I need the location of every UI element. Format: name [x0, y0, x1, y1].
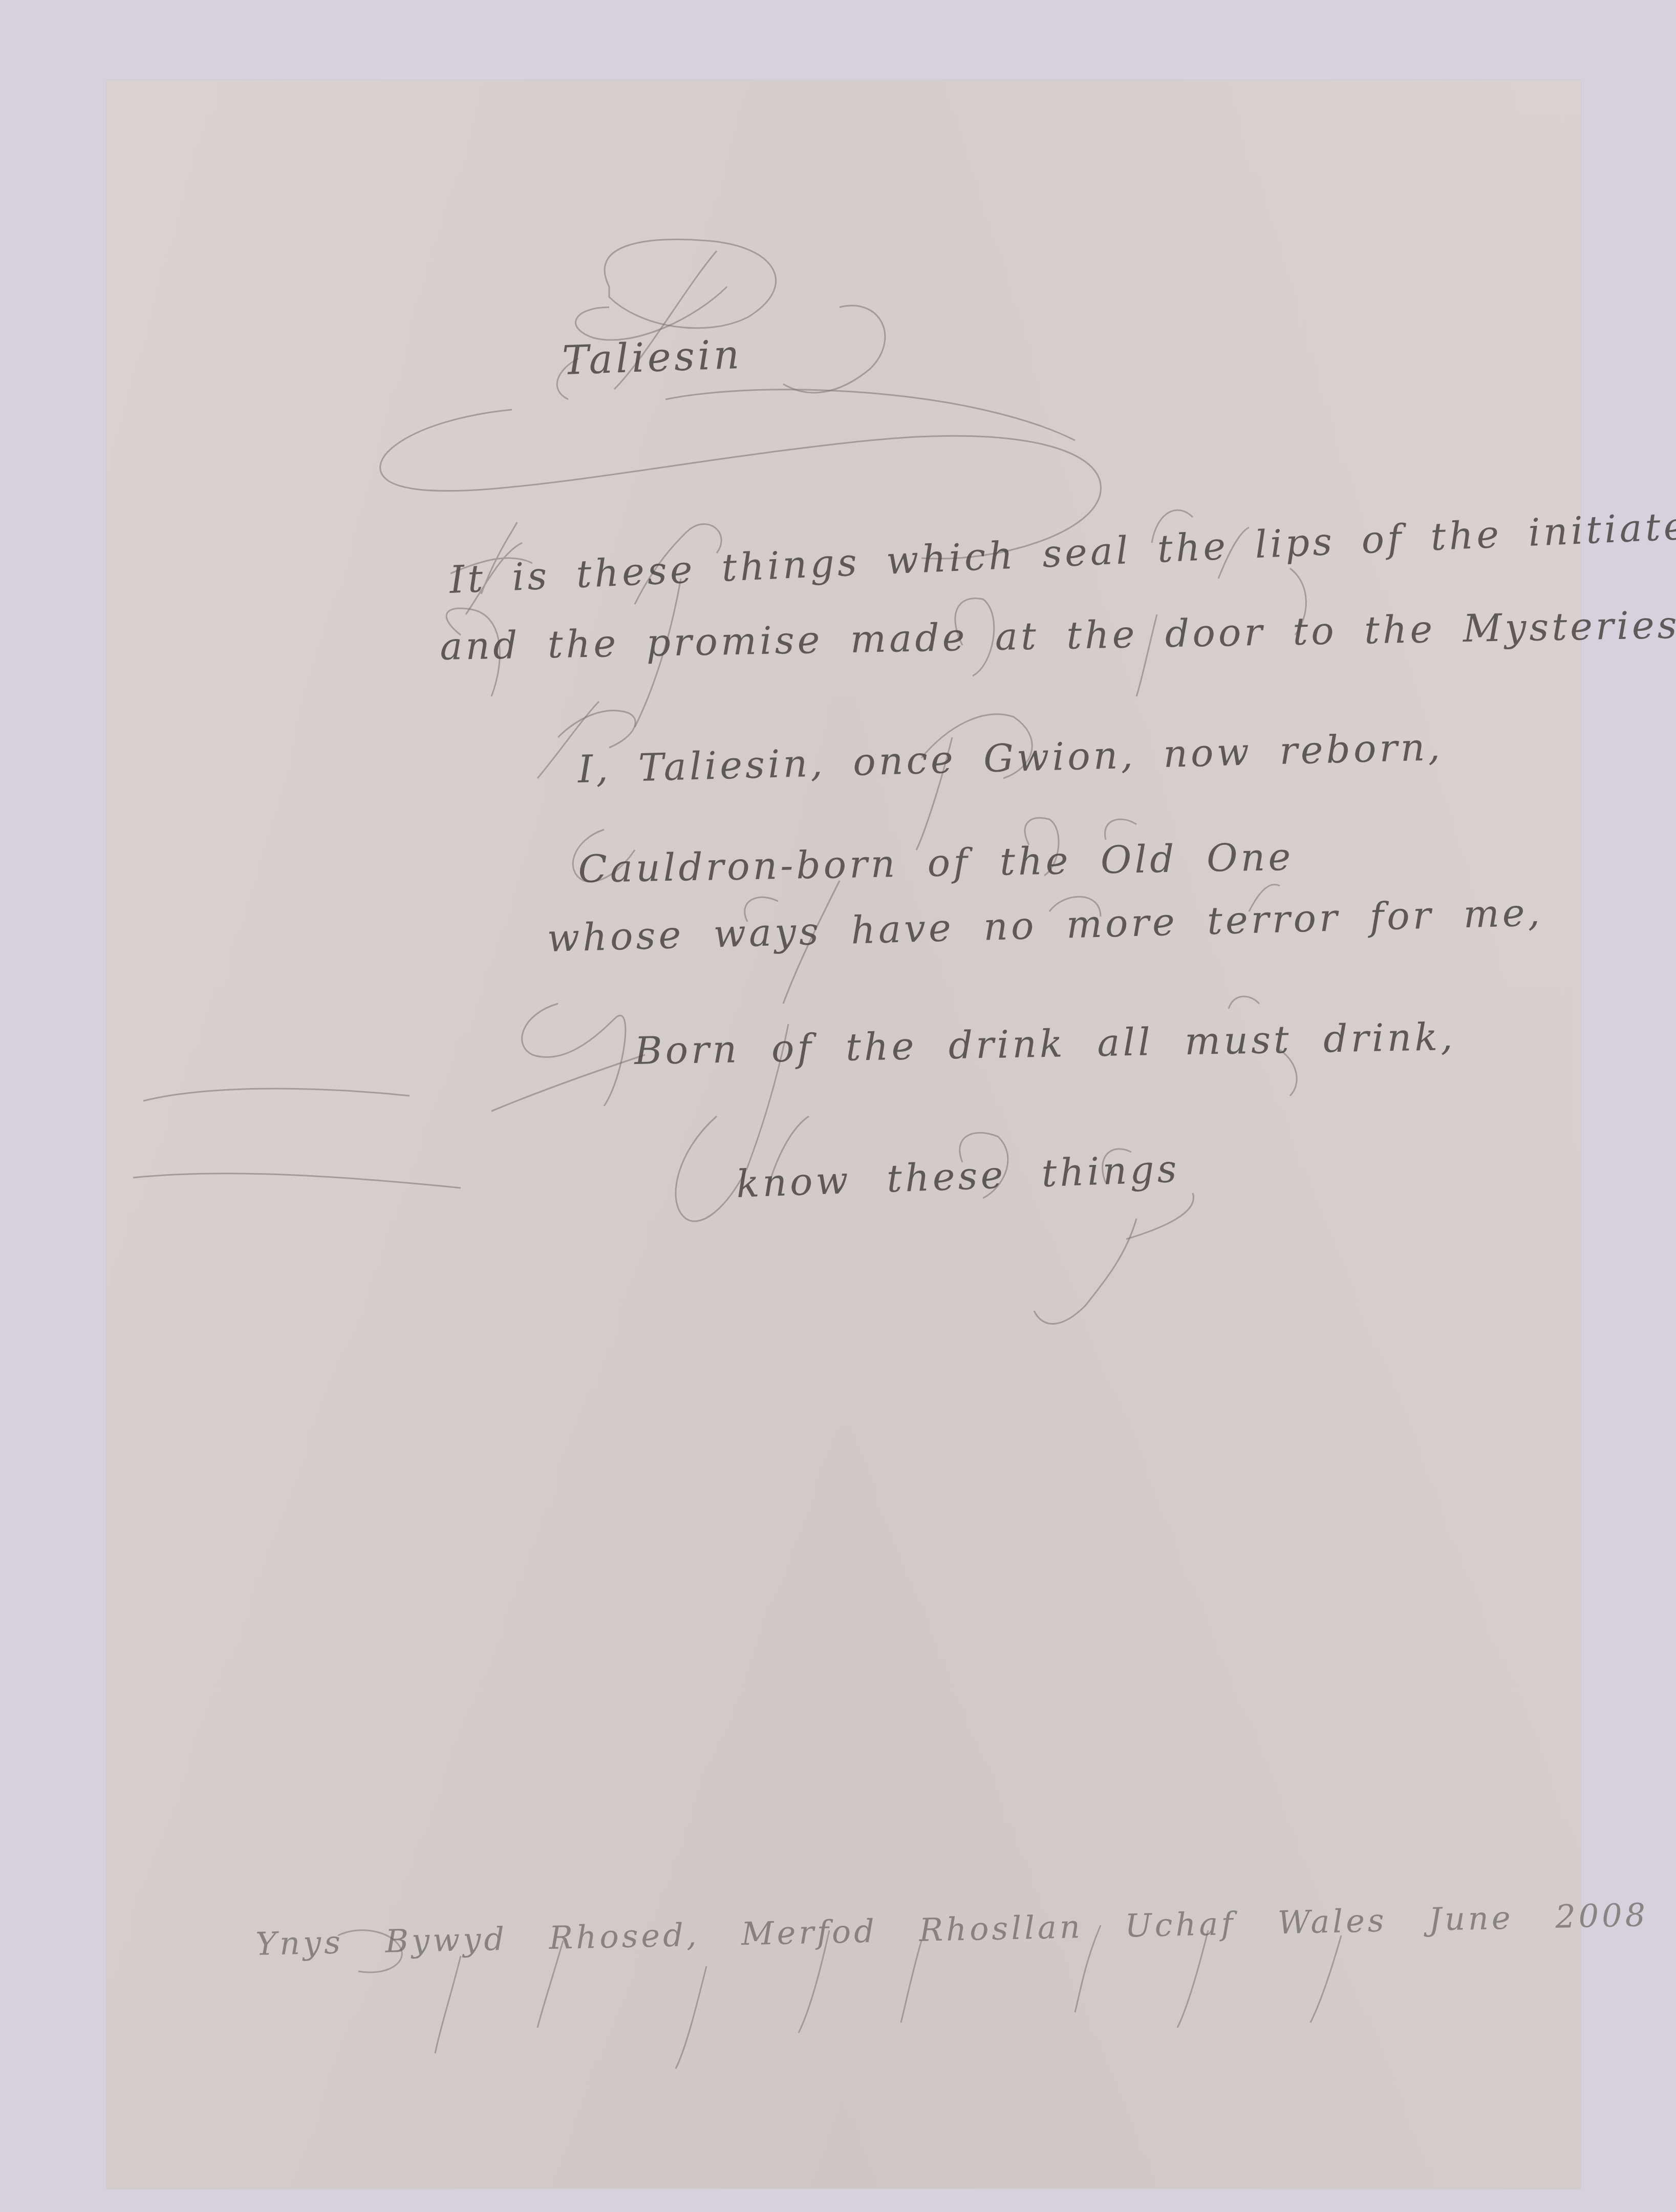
paper-sheet	[106, 80, 1581, 2188]
poem-title: Taliesin	[562, 332, 743, 384]
